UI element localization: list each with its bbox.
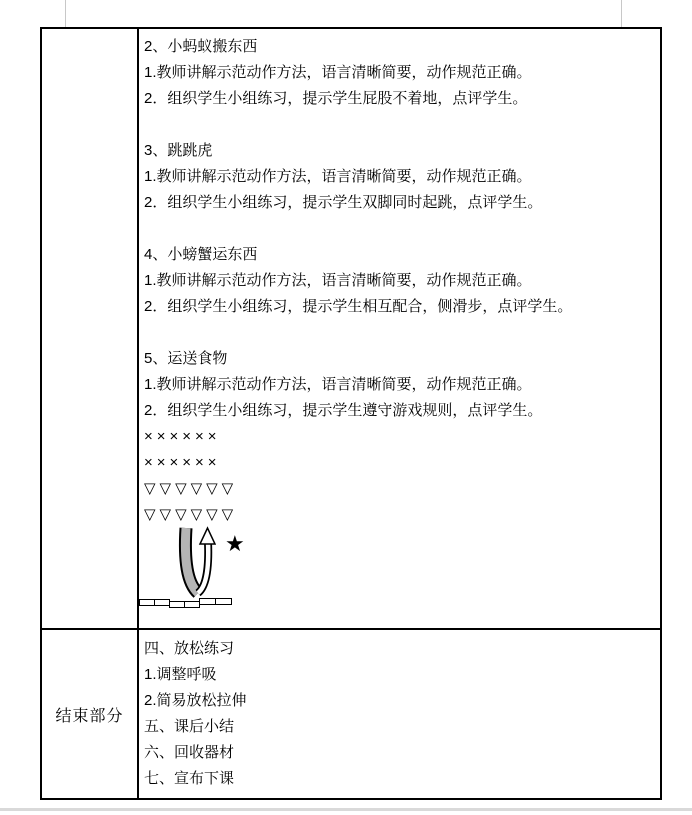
ending-line: 四、放松练习 — [144, 636, 652, 662]
blank-line — [144, 216, 652, 242]
page-bottom-edge — [0, 808, 692, 811]
block-title: 4、小螃蟹运东西 — [144, 242, 652, 268]
block-line: 2．组织学生小组练习，提示学生屁股不着地，点评学生。 — [144, 86, 652, 112]
document-page: 2、小蚂蚁搬东西 1.教师讲解示范动作方法，语言清晰简要，动作规范正确。 2．组… — [0, 0, 692, 815]
block-line: 1.教师讲解示范动作方法，语言清晰简要，动作规范正确。 — [144, 164, 652, 190]
star-icon: ★ — [225, 533, 245, 555]
main-label-cell — [42, 29, 139, 628]
block-line: 1.教师讲解示范动作方法，语言清晰简要，动作规范正确。 — [144, 60, 652, 86]
ending-line: 七、宣布下课 — [144, 766, 652, 792]
ending-line: 1.调整呼吸 — [144, 662, 652, 688]
ending-content-cell: 四、放松练习 1.调整呼吸 2.简易放松拉伸 五、课后小结 六、回收器材 七、宣… — [139, 630, 660, 798]
game-block: 2、小蚂蚁搬东西 1.教师讲解示范动作方法，语言清晰简要，动作规范正确。 2．组… — [144, 34, 652, 112]
table-row-main: 2、小蚂蚁搬东西 1.教师讲解示范动作方法，语言清晰简要，动作规范正确。 2．组… — [42, 29, 660, 630]
block-line: 2．组织学生小组练习，提示学生双脚同时起跳，点评学生。 — [144, 190, 652, 216]
main-content-cell: 2、小蚂蚁搬东西 1.教师讲解示范动作方法，语言清晰简要，动作规范正确。 2．组… — [139, 29, 660, 628]
game-block: 5、运送食物 1.教师讲解示范动作方法，语言清晰简要，动作规范正确。 2．组织学… — [144, 346, 652, 424]
block-line: 1.教师讲解示范动作方法，语言清晰简要，动作规范正确。 — [144, 268, 652, 294]
game-block: 4、小螃蟹运东西 1.教师讲解示范动作方法，语言清晰简要，动作规范正确。 2．组… — [144, 242, 652, 320]
formation-line-students: ▽▽▽▽▽▽ — [144, 502, 652, 528]
block-line: 1.教师讲解示范动作方法，语言清晰简要，动作规范正确。 — [144, 372, 652, 398]
u-turn-up-arrow-icon — [172, 525, 216, 600]
lesson-plan-table: 2、小蚂蚁搬东西 1.教师讲解示范动作方法，语言清晰简要，动作规范正确。 2．组… — [40, 27, 662, 800]
ending-label-cell: 结束部分 — [42, 630, 139, 798]
ending-line: 五、课后小结 — [144, 714, 652, 740]
margin-guide-right — [621, 0, 622, 27]
formation-diagram: ×××××× ×××××× ▽▽▽▽▽▽ ▽▽▽▽▽▽ — [144, 424, 652, 528]
margin-guide-left — [65, 0, 66, 27]
mat-strip-icon — [139, 596, 234, 609]
blank-line — [144, 320, 652, 346]
formation-line-students: ▽▽▽▽▽▽ — [144, 476, 652, 502]
block-title: 3、跳跳虎 — [144, 138, 652, 164]
table-row-ending: 结束部分 四、放松练习 1.调整呼吸 2.简易放松拉伸 五、课后小结 六、回收器… — [42, 630, 660, 798]
game-block: 3、跳跳虎 1.教师讲解示范动作方法，语言清晰简要，动作规范正确。 2．组织学生… — [144, 138, 652, 216]
block-line: 2．组织学生小组练习，提示学生遵守游戏规则，点评学生。 — [144, 398, 652, 424]
blank-line — [144, 112, 652, 138]
ending-line: 2.简易放松拉伸 — [144, 688, 652, 714]
ending-line: 六、回收器材 — [144, 740, 652, 766]
block-title: 5、运送食物 — [144, 346, 652, 372]
formation-line-students: ×××××× — [144, 450, 652, 476]
formation-line-students: ×××××× — [144, 424, 652, 450]
block-title: 2、小蚂蚁搬东西 — [144, 34, 652, 60]
block-line: 2．组织学生小组练习，提示学生相互配合，侧滑步，点评学生。 — [144, 294, 652, 320]
